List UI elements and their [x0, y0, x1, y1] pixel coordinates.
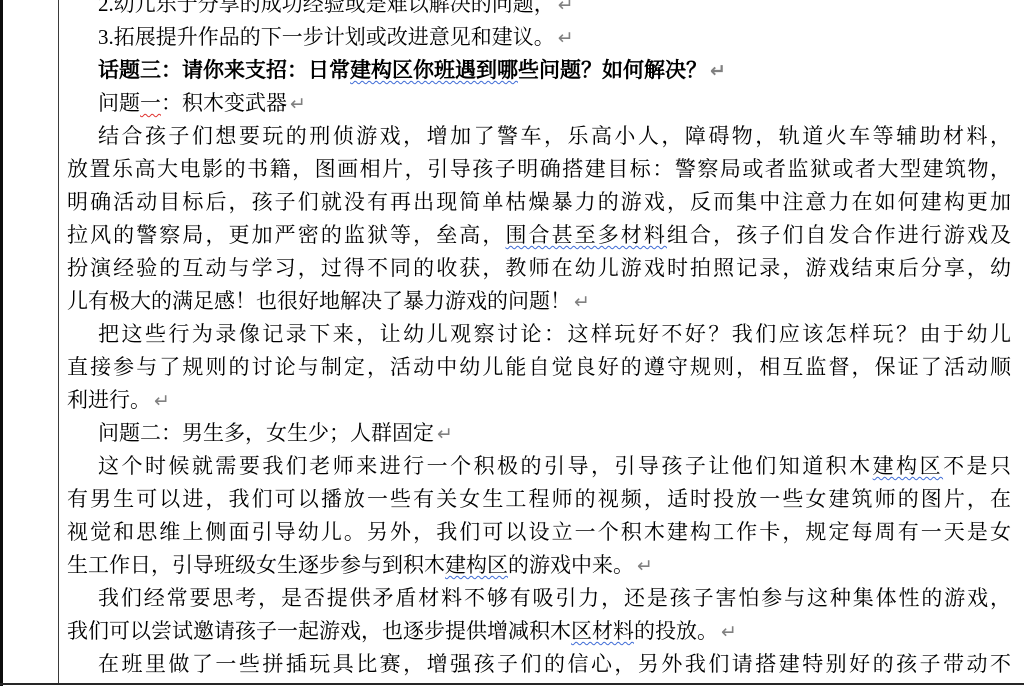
- text-line: 生工作日，引导班级女生逐步参与到积木建构区的游戏中来。↵: [67, 549, 1012, 582]
- text-line: 明确活动目标后，孩子们就没有再出现简单枯燥暴力的游戏，反而集中注意力在如何建构更…: [67, 186, 1012, 219]
- text-line: 利进行。↵: [67, 384, 1012, 417]
- text-line: 视觉和思维上侧面引导幼儿。另外，我们可以设立一个积木建构工作卡，规定每周有一天是…: [67, 516, 1012, 549]
- text-line: 问题二：男生多，女生少；人群固定↵: [67, 417, 1012, 450]
- table-column-divider: [58, 0, 59, 684]
- paragraph-mark-icon: ↵: [710, 60, 726, 82]
- text-line: 儿有极大的满足感！也很好地解决了暴力游戏的问题！↵: [67, 285, 1012, 318]
- text-line: 问题一：积木变武器↵: [67, 87, 1012, 120]
- paragraph-mark-icon: ↵: [721, 621, 737, 643]
- table-bottom-border: [0, 683, 1024, 685]
- text-line: 扮演经验的互动与学习，过得不同的收获，教师在幼儿游戏时拍照记录，游戏结束后分享，…: [67, 252, 1012, 285]
- paragraph-mark-icon: ↵: [637, 555, 653, 577]
- text-line: 放置乐高大电影的书籍，图画相片，引导孩子明确搭建目标：警察局或者监狱或者大型建筑…: [67, 153, 1012, 186]
- paragraph-mark-icon: ↵: [558, 0, 574, 16]
- spellcheck-wavy-underline: 一: [140, 91, 161, 115]
- paragraph-mark-icon: ↵: [558, 27, 574, 49]
- text-line: 话题三：请你来支招：日常建构区你班遇到哪些问题？如何解决？↵: [67, 54, 1012, 87]
- spellcheck-wavy-underline: 建构区你班遇到哪: [350, 58, 518, 82]
- spellcheck-wavy-underline: 建构区: [873, 454, 943, 478]
- text-line: 3.拓展提升作品的下一步计划或改进意见和建议。↵: [67, 21, 1012, 54]
- table-outer-border-left: [0, 0, 3, 686]
- text-line: 2.幼儿乐于分享的成功经验或是难以解决的问题，↵: [67, 0, 1012, 21]
- text-line: 在班里做了一些拼插玩具比赛，增强孩子们的信心，另外我们请搭建特别好的孩子带动不: [67, 648, 1012, 681]
- text-line: 把这些行为录像记录下来，让幼儿观察讨论：这样玩好不好？我们应该怎样玩？由于幼儿: [67, 318, 1012, 351]
- paragraph-mark-icon: ↵: [574, 291, 590, 313]
- text-line: 这个时候就需要我们老师来进行一个积极的引导，引导孩子让他们知道积木建构区不是只: [67, 450, 1012, 483]
- text-line: 有男生可以进，我们可以播放一些有关女生工程师的视频，适时投放一些女建筑师的图片，…: [67, 483, 1012, 516]
- text-line: 我们可以尝试邀请孩子一起游戏，也逐步提供增减积木区材料的投放。↵: [67, 615, 1012, 648]
- paragraph-mark-icon: ↵: [154, 390, 170, 412]
- text-line: 我们经常要思考，是否提供矛盾材料不够有吸引力，还是孩子害怕参与这种集体性的游戏，: [67, 582, 1012, 615]
- text-line: 直接参与了规则的讨论与制定，活动中幼儿能自觉良好的遵守规则，相互监督，保证了活动…: [67, 351, 1012, 384]
- spellcheck-wavy-underline: 区材料: [571, 619, 634, 643]
- document-text-column: 2.幼儿乐于分享的成功经验或是难以解决的问题，↵3.拓展提升作品的下一步计划或改…: [67, 0, 1012, 681]
- paragraph-mark-icon: ↵: [437, 423, 453, 445]
- paragraph-mark-icon: ↵: [290, 93, 306, 115]
- document-page: 2.幼儿乐于分享的成功经验或是难以解决的问题，↵3.拓展提升作品的下一步计划或改…: [0, 0, 1024, 691]
- spellcheck-wavy-underline: 围合甚至多材料: [505, 223, 667, 247]
- text-line: 结合孩子们想要玩的刑侦游戏，增加了警车，乐高小人，障碍物，轨道火车等辅助材料，: [67, 120, 1012, 153]
- spellcheck-wavy-underline: 建构区: [445, 553, 508, 577]
- text-line: 拉风的警察局，更加严密的监狱等，垒高，围合甚至多材料组合，孩子们自发合作进行游戏…: [67, 219, 1012, 252]
